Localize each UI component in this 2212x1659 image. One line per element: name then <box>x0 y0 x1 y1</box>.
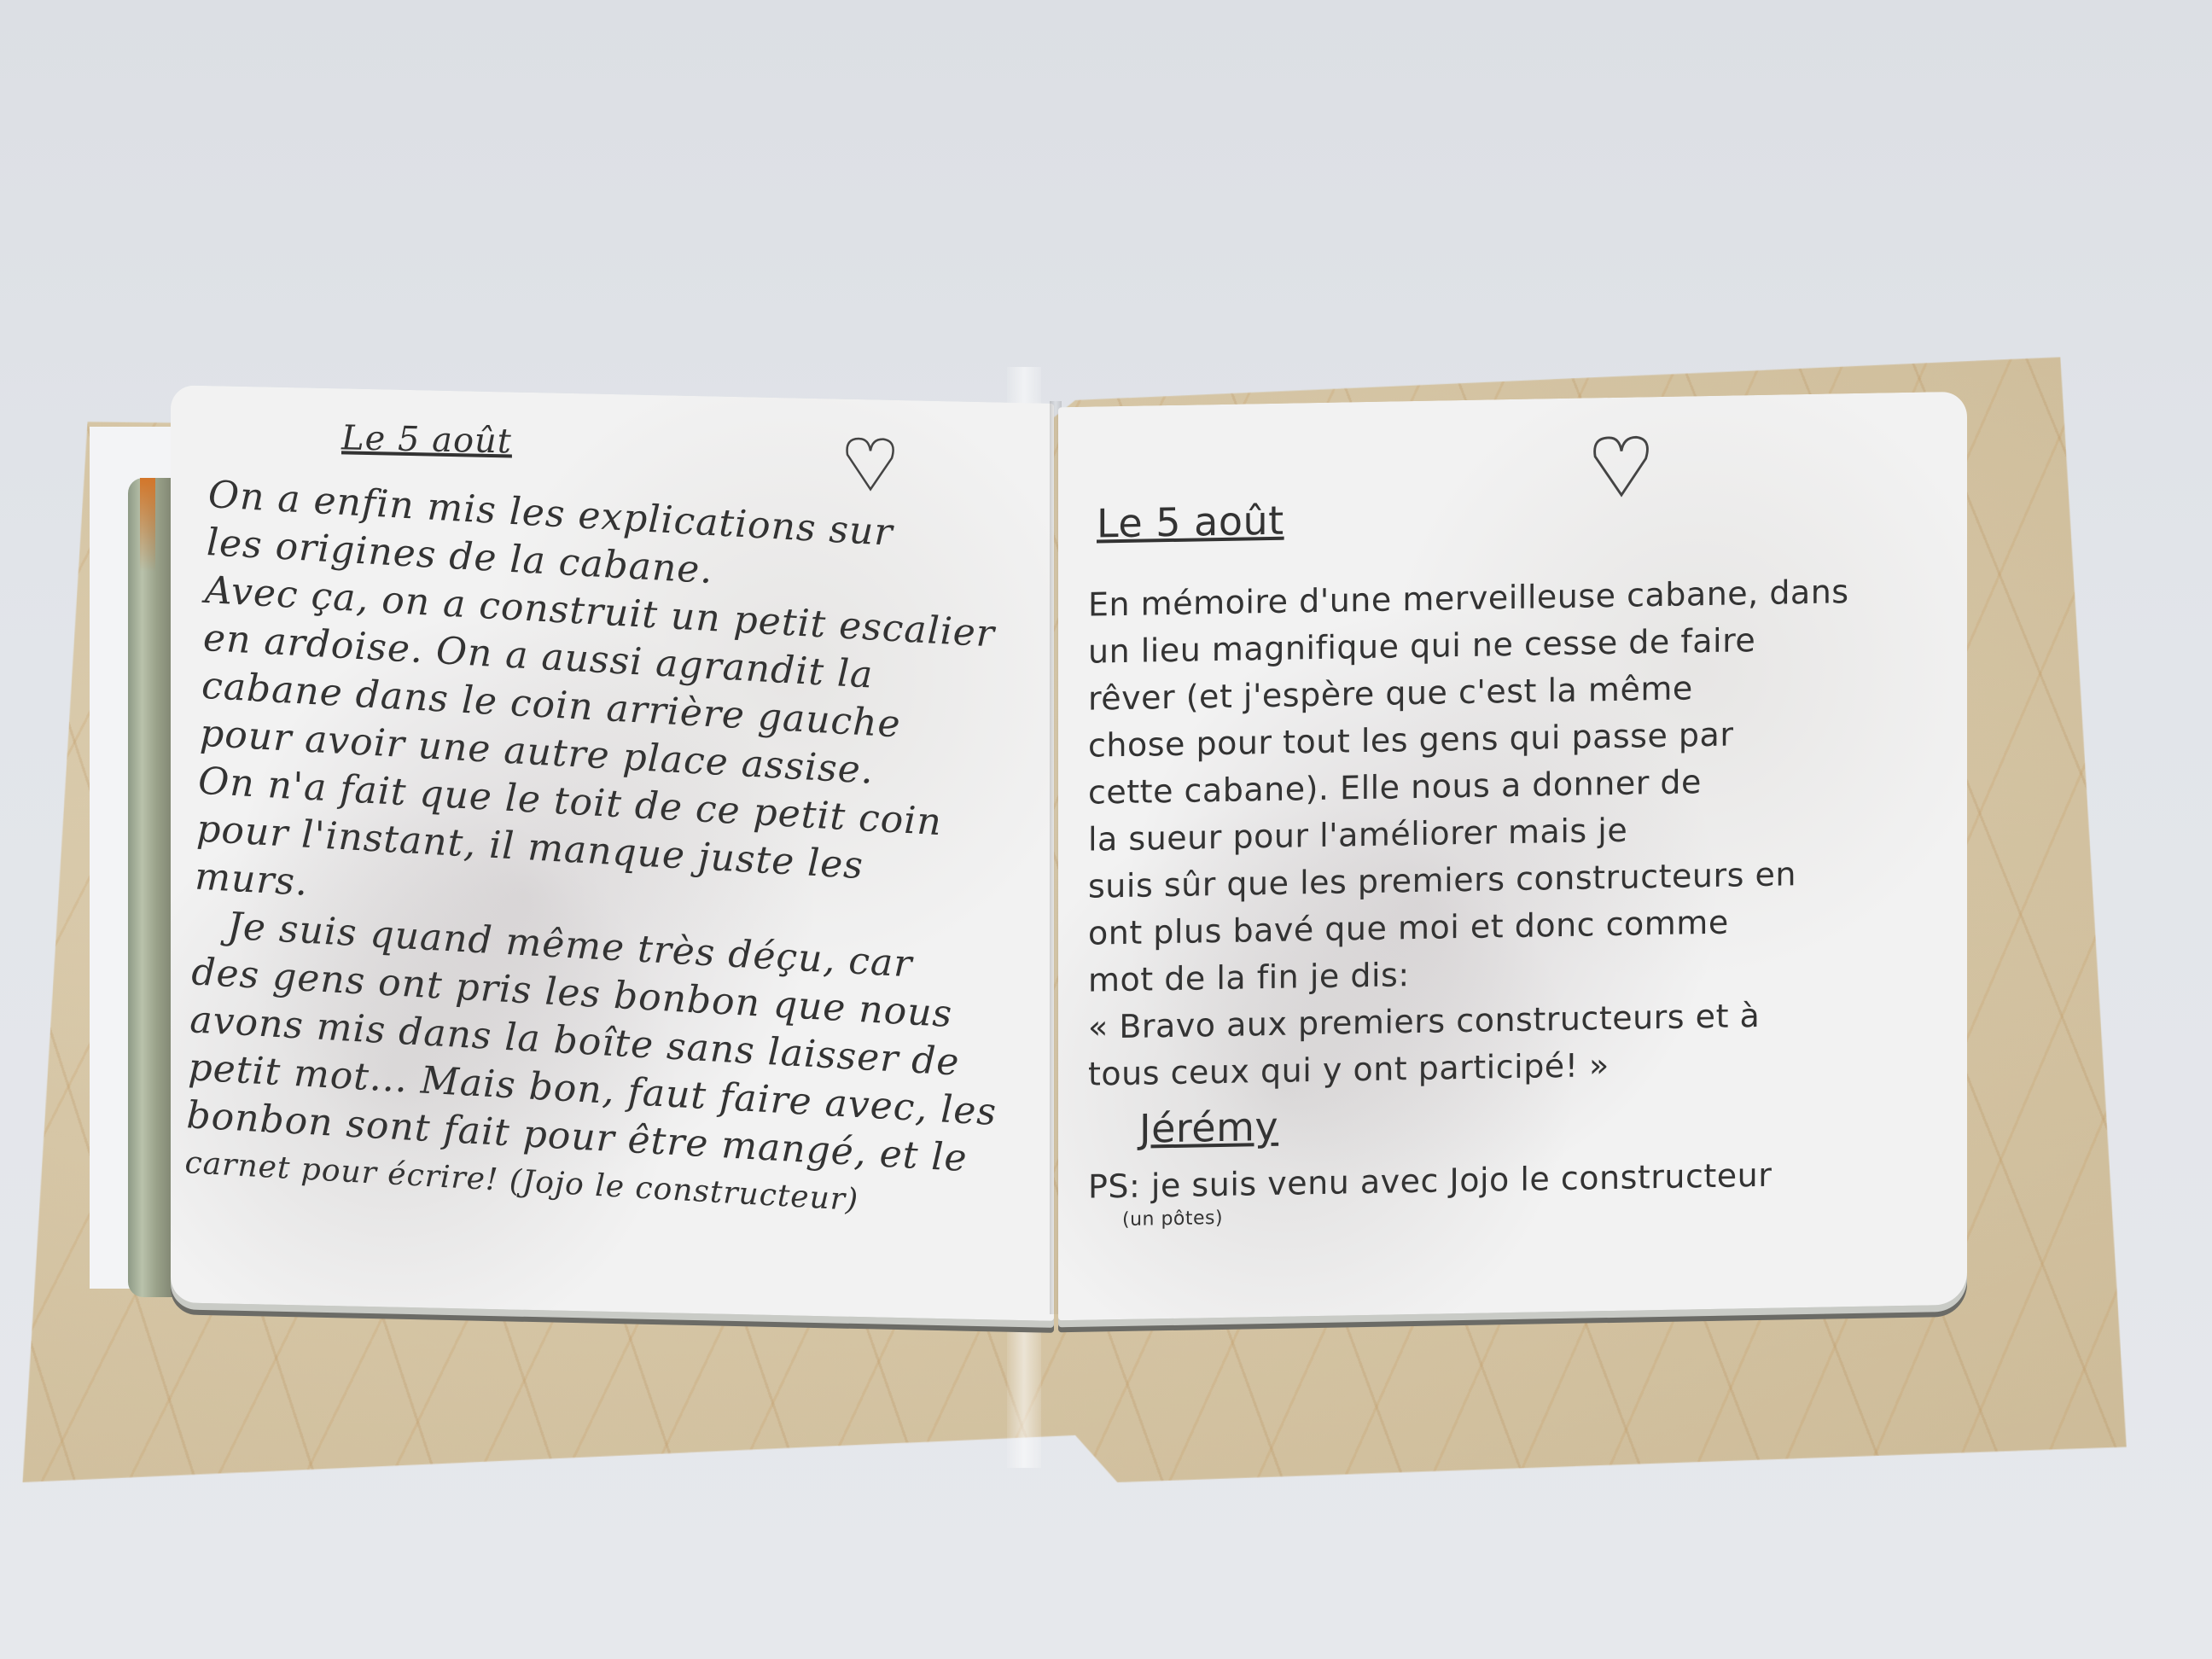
right-page-date: Le 5 août <box>1097 498 1284 548</box>
right-page: Le 5 août En mémoire d'une merveilleuse … <box>1058 392 1967 1321</box>
signature: Jérémy <box>1088 1093 1849 1154</box>
right-page-body: En mémoire d'une merveilleuse cabane, da… <box>1088 568 1849 1231</box>
heart-icon <box>841 434 900 494</box>
heart-icon <box>1587 431 1656 500</box>
page-stack-edge <box>128 478 175 1297</box>
left-page: Le 5 août On a enfin mis les explication… <box>171 385 1054 1321</box>
left-page-date: Le 5 août <box>341 414 512 465</box>
left-page-body: On a enfin mis les explications sur les … <box>184 471 1018 1232</box>
